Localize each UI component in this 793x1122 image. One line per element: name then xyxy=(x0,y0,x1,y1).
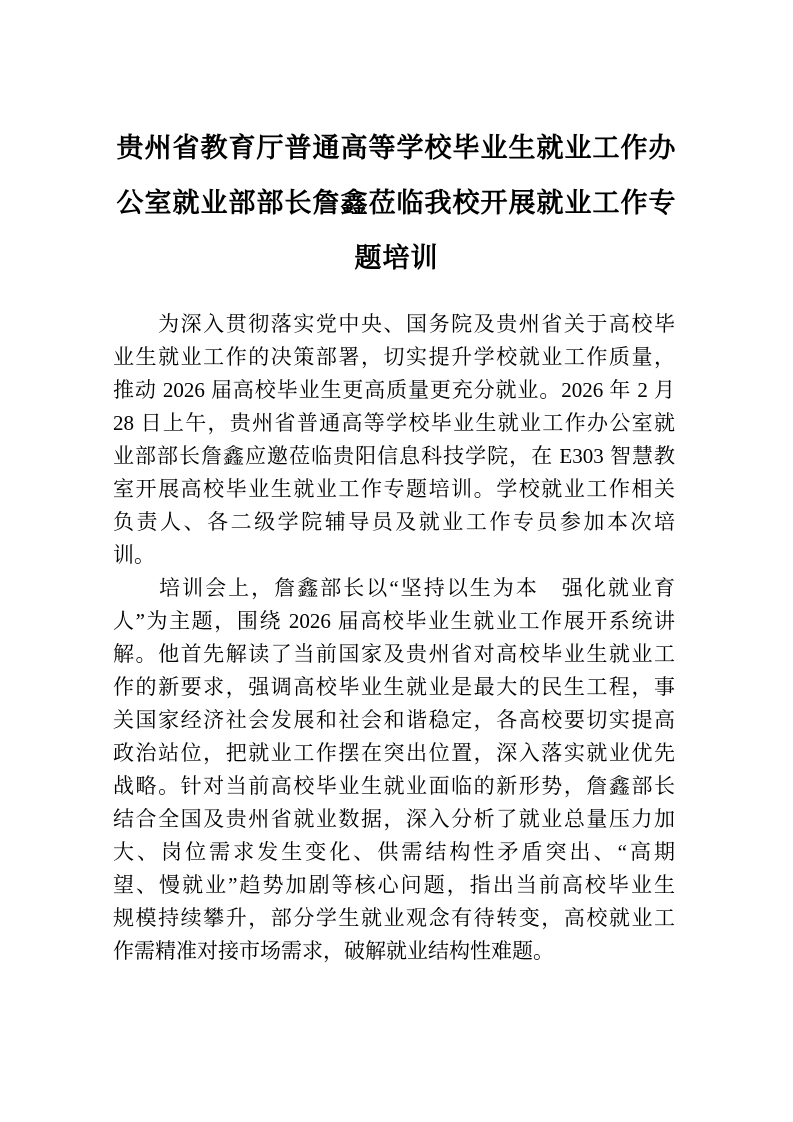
body-line: 为深入贯彻落实党中央、国务院及贵州省关于高校毕 xyxy=(113,308,675,341)
title-line-1: 贵州省教育厅普通高等学校毕业生就业工作办 xyxy=(113,121,680,176)
body-line: 推动 2026 届高校毕业生更高质量更充分就业。2026 年 2 月 xyxy=(113,374,675,407)
body-line: 训。 xyxy=(113,539,675,572)
body-line: 大、岗位需求发生变化、供需结构性矛盾突出、“高期 xyxy=(113,836,675,869)
document-title: 贵州省教育厅普通高等学校毕业生就业工作办 公室就业部部长詹鑫莅临我校开展就业工作… xyxy=(113,121,680,286)
body-line: 室开展高校毕业生就业工作专题培训。学校就业工作相关 xyxy=(113,473,675,506)
body-line: 业生就业工作的决策部署，切实提升学校就业工作质量， xyxy=(113,341,675,374)
body-line: 解。他首先解读了当前国家及贵州省对高校毕业生就业工 xyxy=(113,638,675,671)
body-line: 作需精准对接市场需求，破解就业结构性难题。 xyxy=(113,935,675,968)
body-line: 望、慢就业”趋势加剧等核心问题，指出当前高校毕业生 xyxy=(113,869,675,902)
body-line: 关国家经济社会发展和社会和谐稳定，各高校要切实提高 xyxy=(113,704,675,737)
document-body: 为深入贯彻落实党中央、国务院及贵州省关于高校毕 业生就业工作的决策部署，切实提升… xyxy=(113,308,675,968)
body-line: 政治站位，把就业工作摆在突出位置，深入落实就业优先 xyxy=(113,737,675,770)
body-line: 负责人、各二级学院辅导员及就业工作专员参加本次培 xyxy=(113,506,675,539)
body-line: 规模持续攀升，部分学生就业观念有待转变，高校就业工 xyxy=(113,902,675,935)
paragraph-2: 培训会上，詹鑫部长以“坚持以生为本 强化就业育 人”为主题，围绕 2026 届高… xyxy=(113,572,675,968)
paragraph-1: 为深入贯彻落实党中央、国务院及贵州省关于高校毕 业生就业工作的决策部署，切实提升… xyxy=(113,308,675,572)
body-line: 人”为主题，围绕 2026 届高校毕业生就业工作展开系统讲 xyxy=(113,605,675,638)
body-line: 培训会上，詹鑫部长以“坚持以生为本 强化就业育 xyxy=(113,572,675,605)
body-line: 战略。针对当前高校毕业生就业面临的新形势，詹鑫部长 xyxy=(113,770,675,803)
document-page: 贵州省教育厅普通高等学校毕业生就业工作办 公室就业部部长詹鑫莅临我校开展就业工作… xyxy=(0,0,793,1122)
body-line: 28 日上午，贵州省普通高等学校毕业生就业工作办公室就 xyxy=(113,407,675,440)
title-line-3: 题培训 xyxy=(113,231,680,286)
title-line-2: 公室就业部部长詹鑫莅临我校开展就业工作专 xyxy=(113,176,680,231)
body-line: 业部部长詹鑫应邀莅临贵阳信息科技学院，在 E303 智慧教 xyxy=(113,440,675,473)
body-line: 作的新要求，强调高校毕业生就业是最大的民生工程，事 xyxy=(113,671,675,704)
body-line: 结合全国及贵州省就业数据，深入分析了就业总量压力加 xyxy=(113,803,675,836)
